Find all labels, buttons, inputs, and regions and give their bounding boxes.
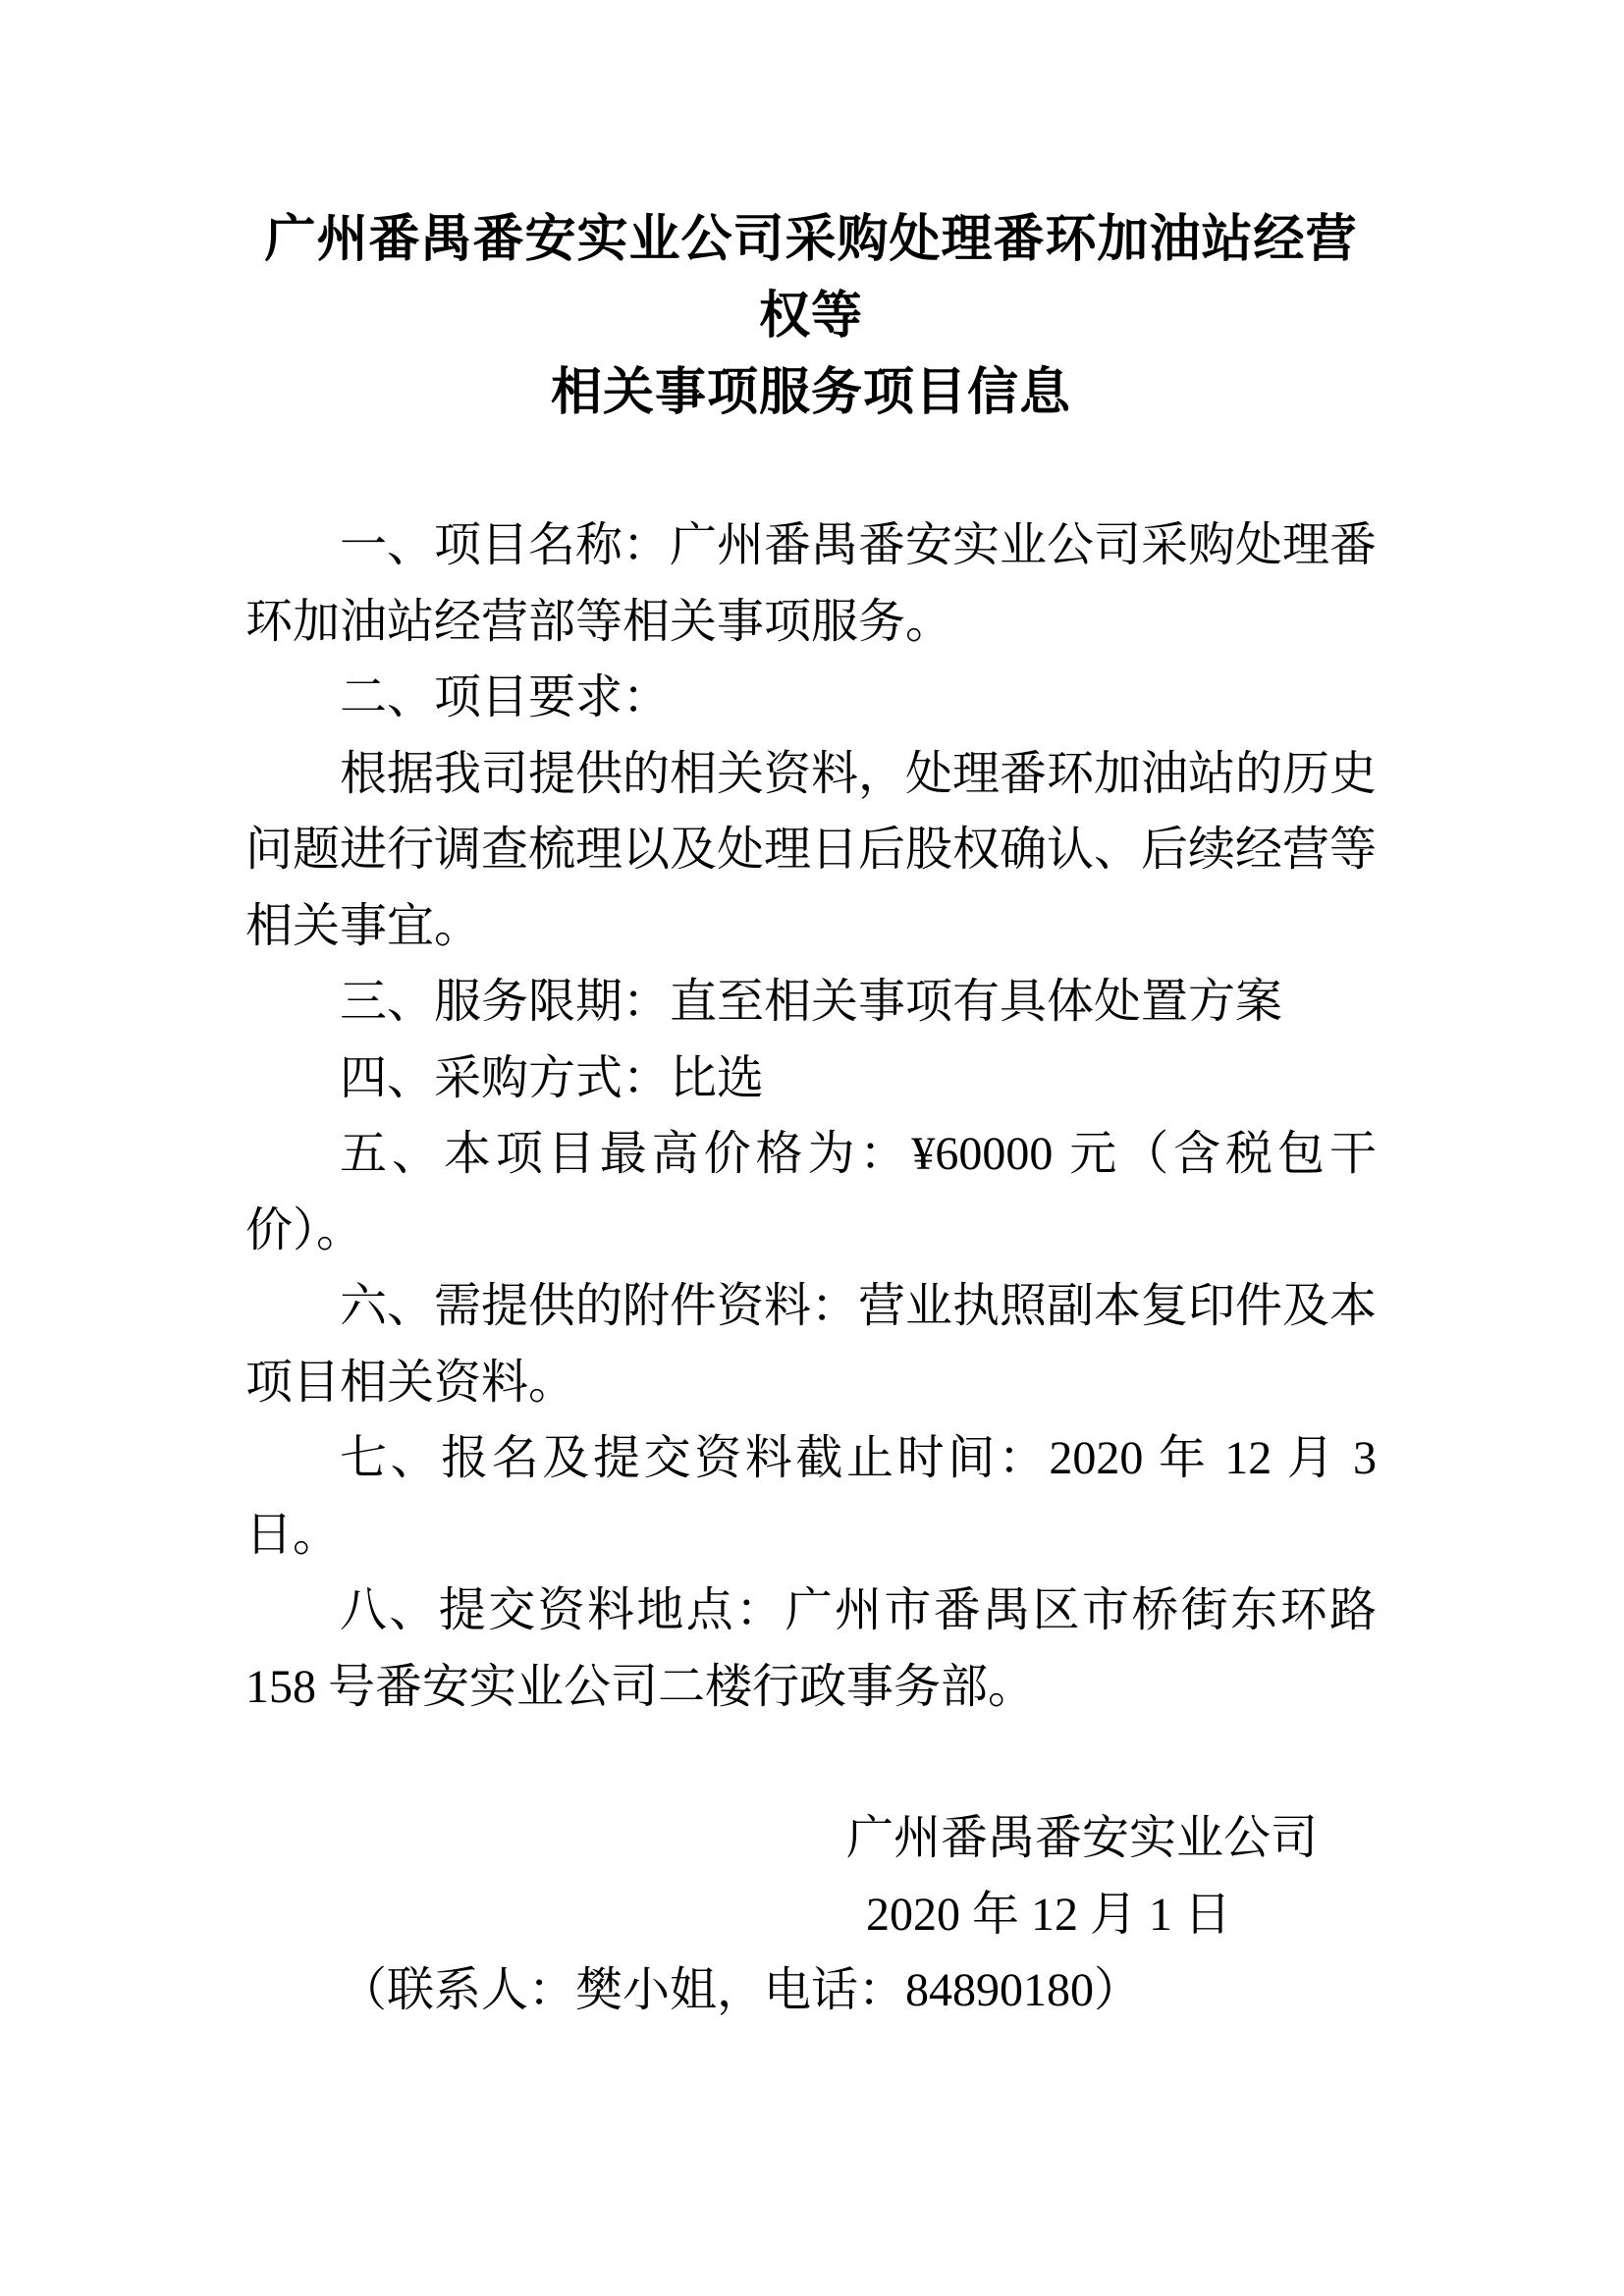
paragraph-required-attachments: 六、需提供的附件资料：营业执照副本复印件及本项目相关资料。 [245,1268,1377,1420]
title-line-2: 相关事项服务项目信息 [245,354,1377,431]
paragraph-submission-address: 八、提交资料地点：广州市番禺区市桥街东环路 158 号番安实业公司二楼行政事务部… [245,1573,1377,1725]
signature-date: 2020 年 12 月 1 日 [245,1877,1377,1953]
title-line-1: 广州番禺番安实业公司采购处理番环加油站经营权等 [245,201,1377,354]
paragraph-project-name: 一、项目名称：广州番禺番安实业公司采购处理番环加油站经营部等相关事项服务。 [245,507,1377,660]
signature-contact: （联系人：樊小姐，电话：84890180） [245,1952,1377,2029]
document-page: 广州番禺番安实业公司采购处理番环加油站经营权等 相关事项服务项目信息 一、项目名… [0,0,1624,2296]
document-title: 广州番禺番安实业公司采购处理番环加油站经营权等 相关事项服务项目信息 [245,201,1377,431]
paragraph-service-period: 三、服务限期：直至相关事项有具体处置方案 [245,964,1377,1041]
signature-block: 广州番禺番安实业公司 2020 年 12 月 1 日 （联系人：樊小姐，电话：8… [245,1800,1377,2029]
paragraph-project-requirements-heading: 二、项目要求： [245,660,1377,736]
paragraph-deadline: 七、报名及提交资料截止时间：2020 年 12 月 3 日。 [245,1420,1377,1573]
paragraph-max-price: 五、本项目最高价格为：¥60000 元（含税包干价）。 [245,1116,1377,1268]
paragraph-procurement-method: 四、采购方式：比选 [245,1041,1377,1117]
signature-company: 广州番禺番安实业公司 [245,1800,1377,1877]
paragraph-project-requirements-detail: 根据我司提供的相关资料，处理番环加油站的历史问题进行调查梳理以及处理日后股权确认… [245,736,1377,965]
document-body: 一、项目名称：广州番禺番安实业公司采购处理番环加油站经营部等相关事项服务。 二、… [245,507,1377,1725]
